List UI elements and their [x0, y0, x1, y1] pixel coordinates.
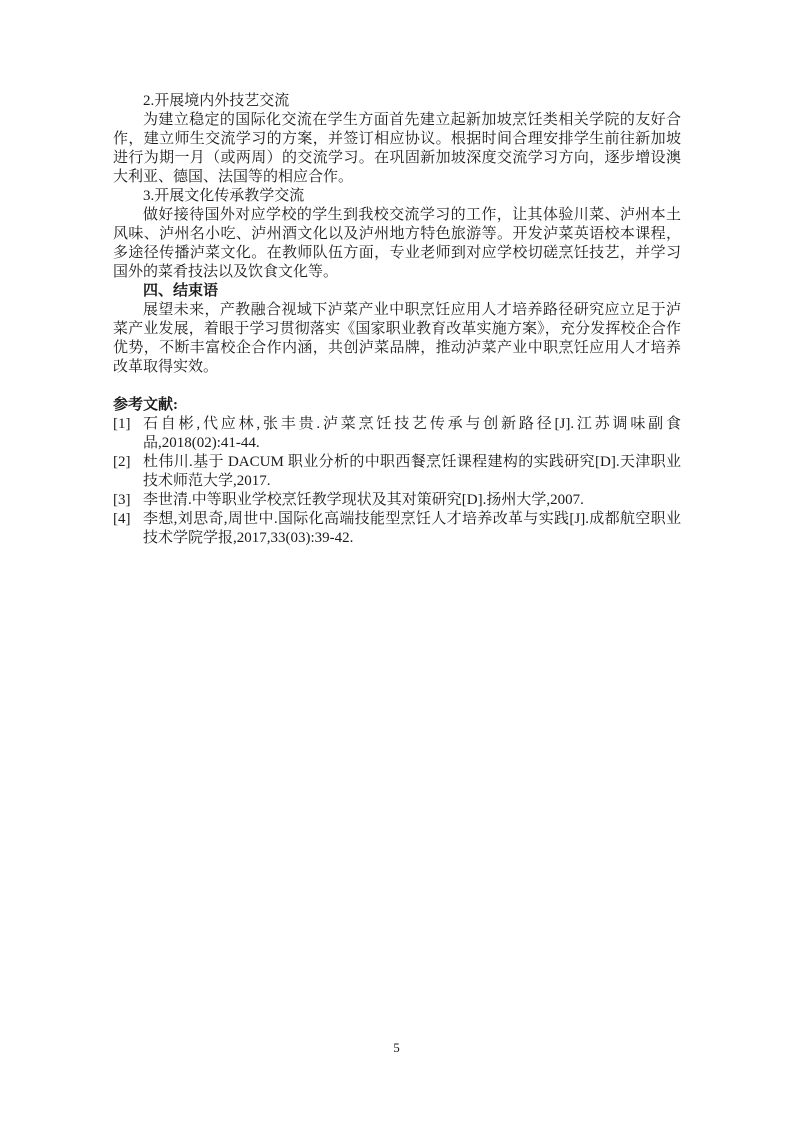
references-heading: 参考文献:	[113, 396, 681, 415]
section-heading-conclusion: 四、结束语	[113, 282, 681, 301]
reference-label: [2]	[113, 453, 131, 472]
reference-text: 杜伟川.基于 DACUM 职业分析的中职西餐烹饪课程建构的实践研究[D].天津职…	[143, 454, 681, 489]
reference-item: [4] 李想,刘思奇,周世中.国际化高端技能型烹饪人才培养改革与实践[J].成都…	[113, 510, 681, 548]
reference-item: [1] 石自彬,代应林,张丰贵.泸菜烹饪技艺传承与创新路径[J].江苏调味副食品…	[113, 415, 681, 453]
reference-item: [2] 杜伟川.基于 DACUM 职业分析的中职西餐烹饪课程建构的实践研究[D]…	[113, 453, 681, 491]
section-subheading-2: 2.开展境内外技艺交流	[113, 92, 681, 111]
reference-text: 石自彬,代应林,张丰贵.泸菜烹饪技艺传承与创新路径[J].江苏调味副食品,201…	[143, 416, 681, 451]
reference-item: [3] 李世清.中等职业学校烹饪教学现状及其对策研究[D].扬州大学,2007.	[113, 491, 681, 510]
reference-text: 李想,刘思奇,周世中.国际化高端技能型烹饪人才培养改革与实践[J].成都航空职业…	[143, 511, 681, 546]
reference-label: [3]	[113, 491, 131, 510]
reference-list: [1] 石自彬,代应林,张丰贵.泸菜烹饪技艺传承与创新路径[J].江苏调味副食品…	[113, 415, 681, 548]
document-page: 2.开展境内外技艺交流 为建立稳定的国际化交流在学生方面首先建立起新加坡烹饪类相…	[0, 0, 793, 1122]
page-number: 5	[0, 1040, 793, 1056]
paragraph-cultural-teaching: 做好接待国外对应学校的学生到我校交流学习的工作，让其体验川菜、泸州本土风味、泸州…	[113, 206, 681, 282]
reference-label: [1]	[113, 415, 131, 434]
document-body: 2.开展境内外技艺交流 为建立稳定的国际化交流在学生方面首先建立起新加坡烹饪类相…	[113, 92, 681, 548]
paragraph-conclusion: 展望未来，产教融合视域下泸菜产业中职烹饪应用人才培养路径研究应立足于泸菜产业发展…	[113, 301, 681, 377]
paragraph-exchange-program: 为建立稳定的国际化交流在学生方面首先建立起新加坡烹饪类相关学院的友好合作，建立师…	[113, 111, 681, 187]
reference-text: 李世清.中等职业学校烹饪教学现状及其对策研究[D].扬州大学,2007.	[143, 492, 584, 508]
reference-label: [4]	[113, 510, 131, 529]
section-subheading-3: 3.开展文化传承教学交流	[113, 187, 681, 206]
